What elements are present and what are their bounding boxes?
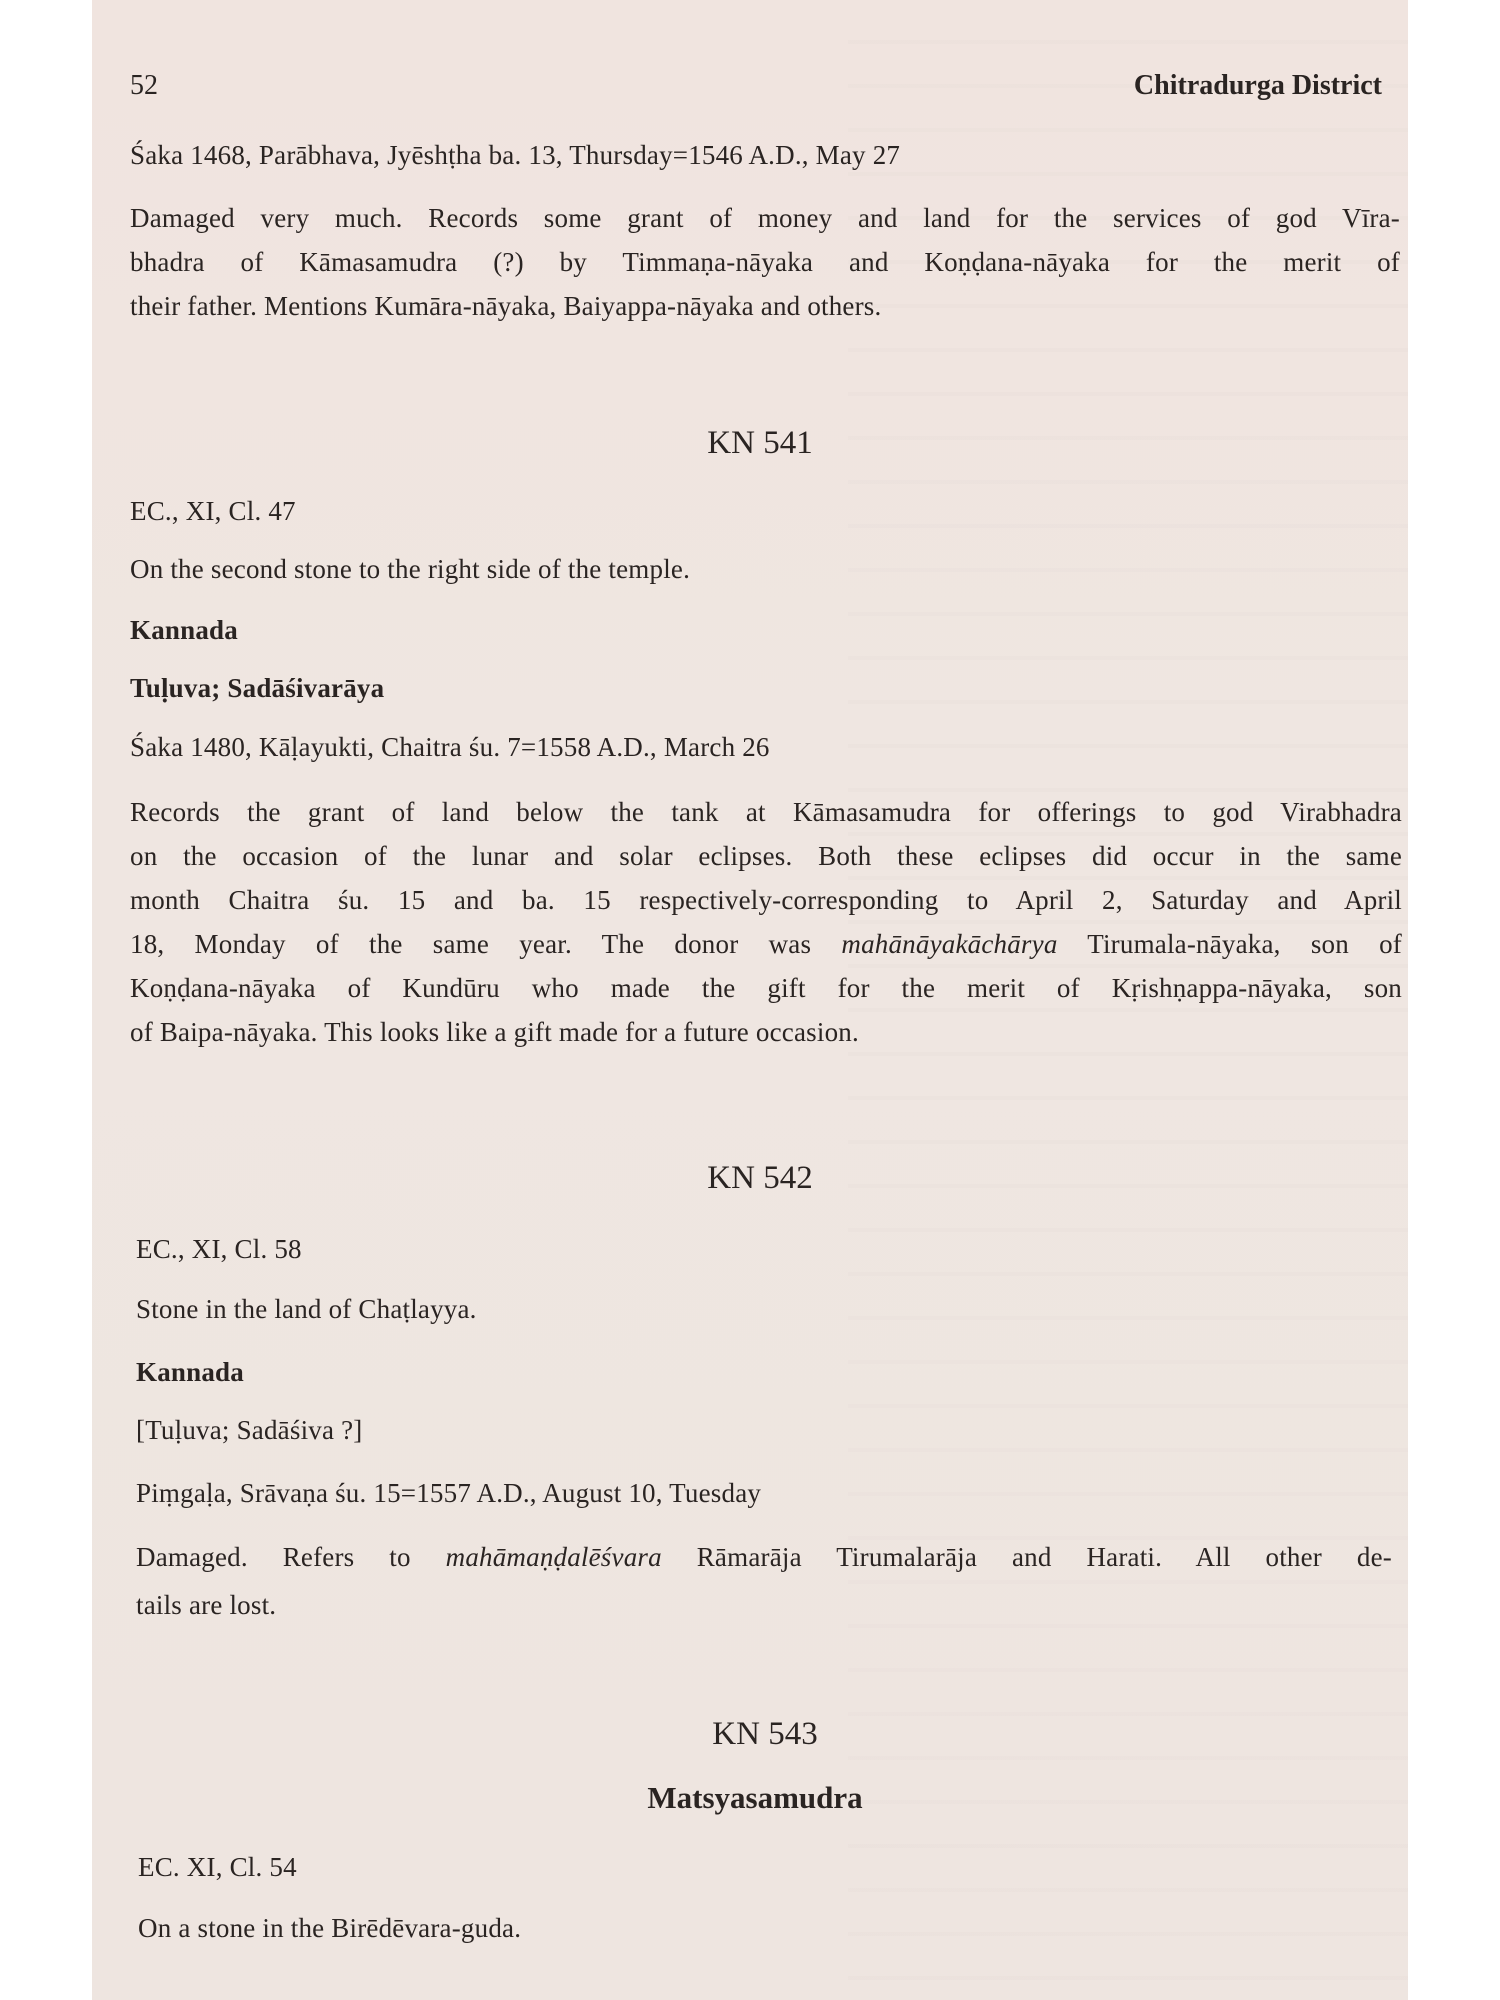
entry-language: Kannada xyxy=(136,1355,244,1389)
summary-line: on the occasion of the lunar and solar e… xyxy=(130,834,1402,878)
entry-location: Stone in the land of Chaṭlayya. xyxy=(136,1292,477,1326)
summary-line: 18, Monday of the same year. The donor w… xyxy=(130,922,1402,966)
entry-summary: Damaged. Refers to mahāmaṇḍalēśvara Rāma… xyxy=(136,1533,1392,1629)
entry-date: Piṃgaḷa, Srāvaṇa śu. 15=1557 A.D., Augus… xyxy=(136,1476,761,1510)
entry-reference: EC., XI, Cl. 47 xyxy=(130,494,296,528)
entry-dynasty: Tuḷuva; Sadāśivarāya xyxy=(130,671,384,705)
summary-line: Damaged very much. Records some grant of… xyxy=(130,196,1400,240)
summary-line: of Baipa-nāyaka. This looks like a gift … xyxy=(130,1010,1402,1054)
entry-heading-kn541: KN 541 xyxy=(92,423,1428,463)
summary-line: month Chaitra śu. 15 and ba. 15 respecti… xyxy=(130,878,1402,922)
italic-term: mahāmaṇḍalēśvara xyxy=(446,1542,662,1572)
entry-location: On the second stone to the right side of… xyxy=(130,552,690,586)
page-number: 52 xyxy=(130,70,158,102)
preceding-entry-summary: Damaged very much. Records some grant of… xyxy=(130,196,1400,328)
entry-heading-kn543: KN 543 xyxy=(92,1714,1438,1754)
summary-line: Damaged. Refers to mahāmaṇḍalēśvara Rāma… xyxy=(136,1533,1392,1581)
entry-heading-kn542: KN 542 xyxy=(92,1158,1428,1198)
italic-term: mahānāyakāchārya xyxy=(841,929,1057,959)
summary-line: Records the grant of land below the tank… xyxy=(130,790,1402,834)
summary-line: bhadra of Kāmasamudra (?) by Timmaṇa-nāy… xyxy=(130,240,1400,284)
entry-summary: Records the grant of land below the tank… xyxy=(130,790,1402,1054)
entry-reference: EC. XI, Cl. 54 xyxy=(138,1850,297,1884)
entry-date: Śaka 1480, Kāḷayukti, Chaitra śu. 7=1558… xyxy=(130,730,770,764)
running-head-title: Chitradurga District xyxy=(1134,70,1382,102)
entry-dynasty: [Tuḷuva; Sadāśiva ?] xyxy=(136,1413,362,1447)
document-page: 52 Chitradurga District Śaka 1468, Parāb… xyxy=(92,0,1408,2000)
entry-language: Kannada xyxy=(130,613,238,647)
preceding-entry-date: Śaka 1468, Parābhava, Jyēshṭha ba. 13, T… xyxy=(130,138,900,172)
summary-line: their father. Mentions Kumāra-nāyaka, Ba… xyxy=(130,284,1400,328)
entry-reference: EC., XI, Cl. 58 xyxy=(136,1232,302,1266)
entry-place: Matsyasamudra xyxy=(92,1778,1418,1818)
summary-line: tails are lost. xyxy=(136,1581,1392,1629)
summary-line: Koṇḍana-nāyaka of Kundūru who made the g… xyxy=(130,966,1402,1010)
entry-location: On a stone in the Birēdēvara-guda. xyxy=(138,1911,521,1945)
